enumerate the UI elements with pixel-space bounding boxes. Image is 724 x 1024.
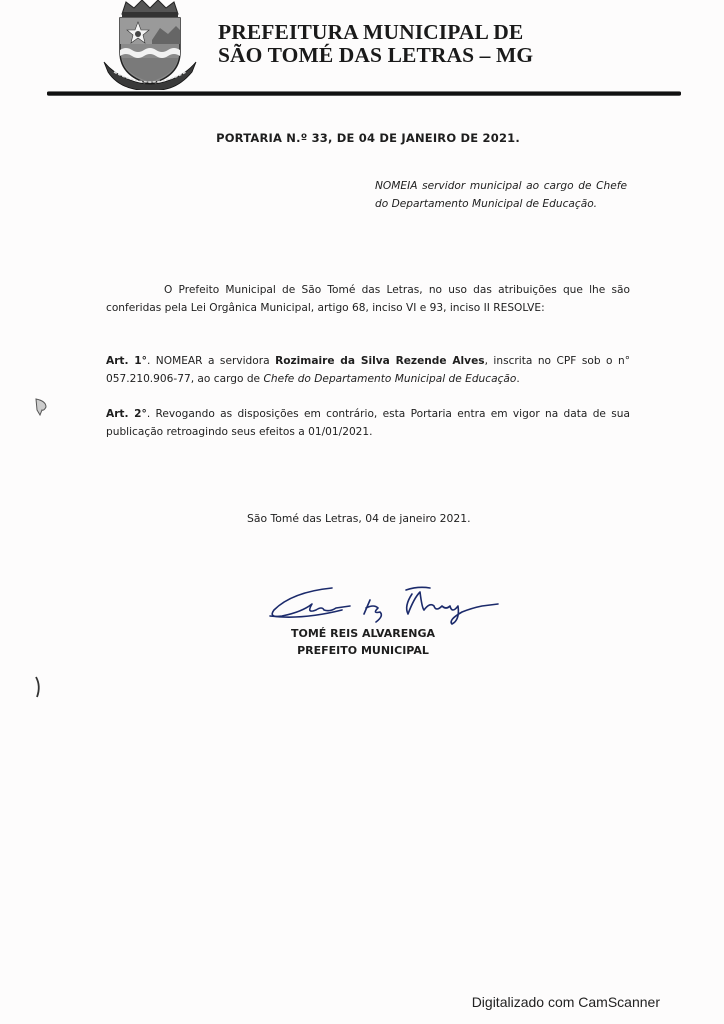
- document-title: PORTARIA N.º 33, DE 04 DE JANEIRO DE 202…: [0, 131, 724, 145]
- article-2-text: . Revogando as disposições em contrário,…: [106, 408, 630, 438]
- article-1-label: Art. 1°: [106, 355, 147, 367]
- article-1-text: . NOMEAR a servidora: [147, 355, 275, 367]
- header-title: PREFEITURA MUNICIPAL DE SÃO TOMÉ DAS LET…: [218, 21, 533, 67]
- scan-artifact-mark-icon: [34, 676, 42, 698]
- header-title-line2: SÃO TOMÉ DAS LETRAS – MG: [218, 44, 533, 67]
- camscanner-watermark: Digitalizado com CamScanner: [472, 994, 660, 1010]
- handwritten-signature-icon: [262, 580, 512, 626]
- appointee-name: Rozimaire da Silva Rezende Alves: [275, 355, 485, 367]
- article-2: Art. 2°. Revogando as disposições em con…: [106, 405, 630, 441]
- article-2-label: Art. 2°: [106, 408, 147, 420]
- ementa: NOMEIA servidor municipal ao cargo de Ch…: [375, 178, 627, 213]
- scanned-document-page: PREFEITURA MUNICIPAL DE SÃO TOMÉ DAS LET…: [0, 0, 724, 1024]
- article-1: Art. 1°. NOMEAR a servidora Rozimaire da…: [106, 352, 630, 388]
- header-divider: [47, 91, 681, 96]
- municipal-coat-of-arms-icon: [100, 0, 198, 90]
- position-title: Chefe do Departamento Municipal de Educa…: [263, 373, 516, 385]
- header-title-line1: PREFEITURA MUNICIPAL DE: [218, 21, 533, 44]
- place-and-date: São Tomé das Letras, 04 de janeiro 2021.: [247, 512, 471, 525]
- signer-name: TOMÉ REIS ALVARENGA: [2, 625, 724, 642]
- signer-block: TOMÉ REIS ALVARENGA PREFEITO MUNICIPAL: [0, 625, 724, 659]
- signer-role: PREFEITO MUNICIPAL: [2, 642, 724, 659]
- scan-artifact-clip-icon: [34, 398, 48, 416]
- intro-paragraph: O Prefeito Municipal de São Tomé das Let…: [106, 281, 630, 317]
- article-1-end: .: [516, 373, 519, 385]
